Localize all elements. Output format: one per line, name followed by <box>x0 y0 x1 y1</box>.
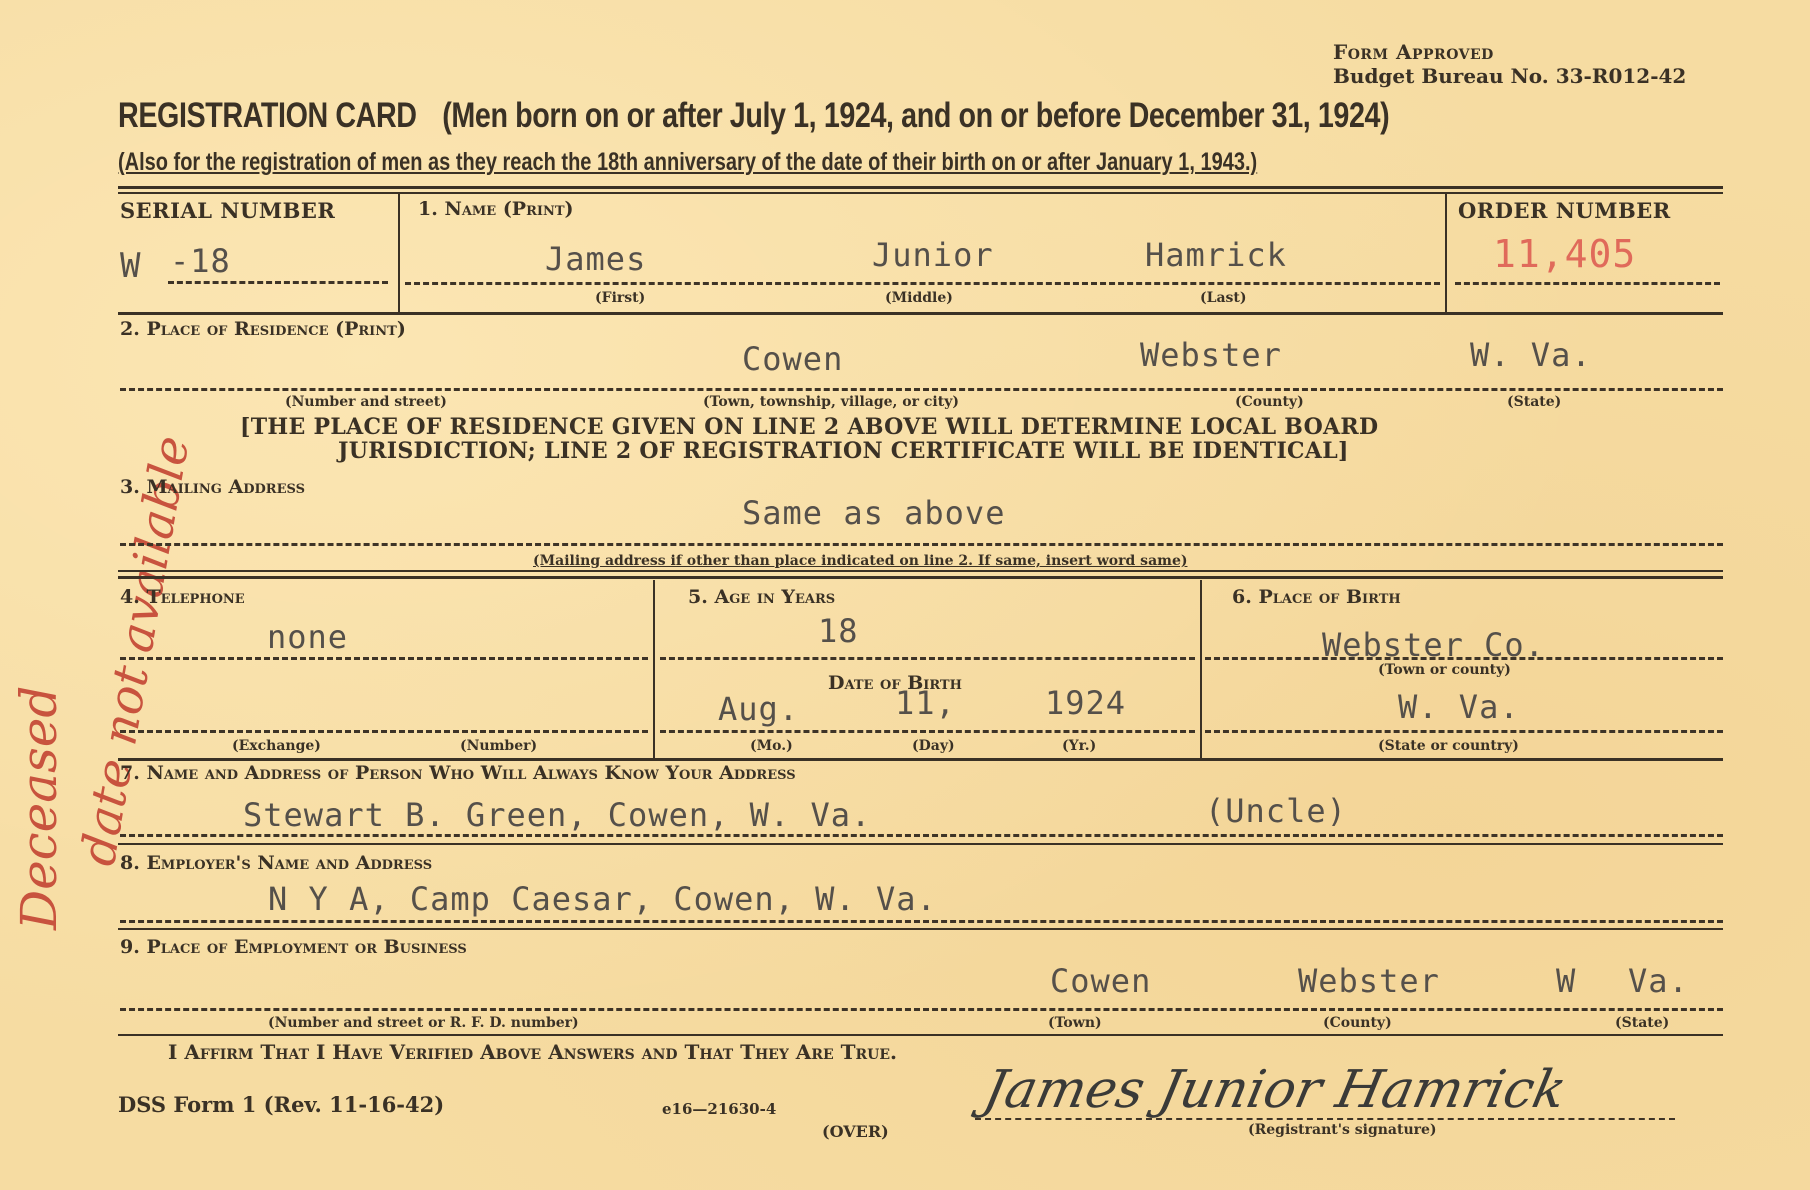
employer-value[interactable]: N Y A, Camp Caesar, Cowen, W. Va. <box>268 880 937 918</box>
residence-state-value[interactable]: W. Va. <box>1470 336 1592 374</box>
form-approved-label: Form Approved <box>1333 40 1686 64</box>
registration-card: Deceased date not available Form Approve… <box>0 0 1810 1190</box>
last-caption: (Last) <box>1200 290 1247 306</box>
first-caption: (First) <box>595 290 645 306</box>
name-label: 1. Name (Print) <box>418 198 574 220</box>
form-approval: Form Approved Budget Bureau No. 33-R012-… <box>1333 40 1686 88</box>
margin-note-deceased: Deceased <box>10 686 68 930</box>
telephone-label: 4. Telephone <box>120 586 245 608</box>
employment-label: 9. Place of Employment or Business <box>120 936 467 958</box>
title: REGISTRATION CARD <box>118 96 417 135</box>
mailing-address-label: 3. Mailing Address <box>120 476 305 498</box>
age-label: 5. Age in Years <box>688 586 835 608</box>
first-name-value[interactable]: James <box>545 240 646 278</box>
employment-town-caption: (Town) <box>1048 1015 1102 1031</box>
employment-state-va-value[interactable]: Va. <box>1628 962 1689 1000</box>
employment-county-value[interactable]: Webster <box>1298 962 1440 1000</box>
mailing-address-value[interactable]: Same as above <box>742 494 1005 532</box>
last-name-value[interactable]: Hamrick <box>1145 236 1287 274</box>
town-caption: (Town, township, village, or city) <box>703 394 959 410</box>
exchange-caption: (Exchange) <box>232 738 321 754</box>
page-title: REGISTRATION CARD (Men born on or after … <box>118 96 1389 136</box>
serial-number-prefix: W <box>120 246 141 286</box>
signature-caption: (Registrant's signature) <box>1248 1122 1437 1138</box>
over-indicator: (OVER) <box>822 1122 889 1141</box>
county-caption: (County) <box>1235 394 1304 410</box>
eligibility-note: (Men born on or after July 1, 1924, and … <box>442 96 1389 135</box>
jurisdiction-notice-line-2: JURISDICTION; LINE 2 OF REGISTRATION CER… <box>338 438 1349 464</box>
telephone-value[interactable]: none <box>267 618 348 656</box>
serial-number-value[interactable]: -18 <box>170 242 231 280</box>
residence-label: 2. Place of Residence (Print) <box>120 318 406 340</box>
age-value[interactable]: 18 <box>818 612 859 650</box>
birthplace-state-value[interactable]: W. Va. <box>1398 688 1520 726</box>
registrant-signature[interactable]: James Junior Hamrick <box>979 1060 1572 1120</box>
residence-county-value[interactable]: Webster <box>1140 336 1282 374</box>
birthplace-label: 6. Place of Birth <box>1232 586 1401 608</box>
print-code: e16—21630-4 <box>662 1100 776 1118</box>
contact-person-value[interactable]: Stewart B. Green, Cowen, W. Va. <box>243 796 871 834</box>
birth-day-value[interactable]: 11, <box>895 684 956 722</box>
day-caption: (Day) <box>912 738 955 754</box>
birth-year-value[interactable]: 1924 <box>1045 684 1126 722</box>
birthplace-town-caption: (Town or county) <box>1378 662 1511 678</box>
order-number-value[interactable]: 11,405 <box>1493 232 1636 276</box>
contact-relation-value[interactable]: (Uncle) <box>1205 792 1347 830</box>
month-caption: (Mo.) <box>750 738 793 754</box>
birth-month-value[interactable]: Aug. <box>718 690 799 728</box>
employment-street-caption: (Number and street or R. F. D. number) <box>268 1015 579 1031</box>
birthplace-state-caption: (State or country) <box>1378 738 1519 754</box>
employment-state-caption: (State) <box>1615 1015 1669 1031</box>
middle-caption: (Middle) <box>885 290 953 306</box>
form-id: DSS Form 1 (Rev. 11-16-42) <box>118 1092 444 1117</box>
contact-person-label: 7. Name and Address of Person Who Will A… <box>120 762 796 784</box>
year-caption: (Yr.) <box>1062 738 1096 754</box>
state-caption: (State) <box>1507 394 1561 410</box>
budget-bureau-number: Budget Bureau No. 33-R012-42 <box>1333 64 1686 88</box>
employment-town-value[interactable]: Cowen <box>1050 962 1151 1000</box>
mailing-caption: (Mailing address if other than place ind… <box>533 553 1187 569</box>
affirmation-statement: I Affirm That I Have Verified Above Answ… <box>168 1040 897 1064</box>
employer-label: 8. Employer's Name and Address <box>120 852 432 874</box>
subtitle: (Also for the registration of men as the… <box>118 148 1257 177</box>
middle-name-value[interactable]: Junior <box>872 236 994 274</box>
serial-number-label: SERIAL NUMBER <box>120 198 335 223</box>
employment-state-w-value[interactable]: W <box>1556 962 1576 1000</box>
jurisdiction-notice-line-1: [THE PLACE OF RESIDENCE GIVEN ON LINE 2 … <box>240 414 1378 440</box>
residence-town-value[interactable]: Cowen <box>742 340 843 378</box>
street-caption: (Number and street) <box>285 394 447 410</box>
order-number-label: ORDER NUMBER <box>1458 198 1671 223</box>
number-caption: (Number) <box>460 738 537 754</box>
employment-county-caption: (County) <box>1323 1015 1392 1031</box>
